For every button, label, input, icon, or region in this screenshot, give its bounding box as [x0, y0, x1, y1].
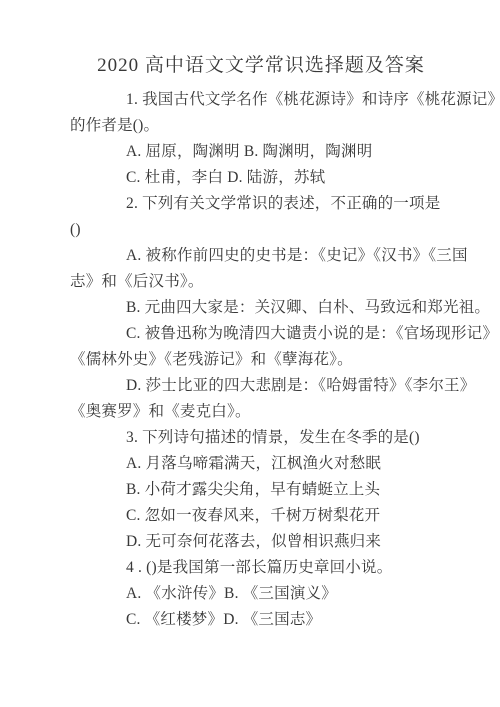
text-line: B. 元曲四大家是：关汉卿、白朴、马致远和郑光祖。	[70, 295, 472, 321]
document-body: 1. 我国古代文学名作《桃花源诗》和诗序《桃花源记》的作者是()。A. 屈原，陶…	[70, 87, 472, 633]
text-line: 志》和《后汉书》。	[70, 269, 472, 295]
text-line: D. 无可奈何花落去，似曾相识燕归来	[70, 529, 472, 555]
text-line: ()	[70, 217, 472, 243]
text-line: 1. 我国古代文学名作《桃花源诗》和诗序《桃花源记》	[70, 87, 472, 113]
document-page: 2020 高中语文文学常识选择题及答案 1. 我国古代文学名作《桃花源诗》和诗序…	[0, 0, 500, 707]
text-line: A. 月落乌啼霜满天，江枫渔火对愁眠	[70, 451, 472, 477]
text-line: 3. 下列诗句描述的情景，发生在冬季的是()	[70, 425, 472, 451]
text-line: A. 屈原，陶渊明 B. 陶渊明，陶渊明	[70, 139, 472, 165]
text-line: 《奥赛罗》和《麦克白》。	[70, 399, 472, 425]
text-line: A. 被称作前四史的史书是：《史记》《汉书》《三国	[70, 243, 472, 269]
text-line: D. 莎士比亚的四大悲剧是：《哈姆雷特》《李尔王》	[70, 373, 472, 399]
text-line: 4 . ()是我国第一部长篇历史章回小说。	[70, 555, 472, 581]
text-line: C. 被鲁迅称为晚清四大谴责小说的是：《官场现形记》	[70, 321, 472, 347]
text-line: B. 小荷才露尖尖角，早有蜻蜓立上头	[70, 477, 472, 503]
text-line: 2. 下列有关文学常识的表述，不正确的一项是	[70, 191, 472, 217]
page-title: 2020 高中语文文学常识选择题及答案	[11, 50, 500, 77]
text-line: 《儒林外史》《老残游记》和《孽海花》。	[70, 347, 472, 373]
text-line: C. 杜甫，李白 D. 陆游，苏轼	[70, 165, 472, 191]
text-line: C. 忽如一夜春风来，千树万树梨花开	[70, 503, 472, 529]
text-line: A. 《水浒传》B. 《三国演义》	[70, 581, 472, 607]
text-line: 的作者是()。	[70, 113, 472, 139]
text-line: C. 《红楼梦》D. 《三国志》	[70, 607, 472, 633]
